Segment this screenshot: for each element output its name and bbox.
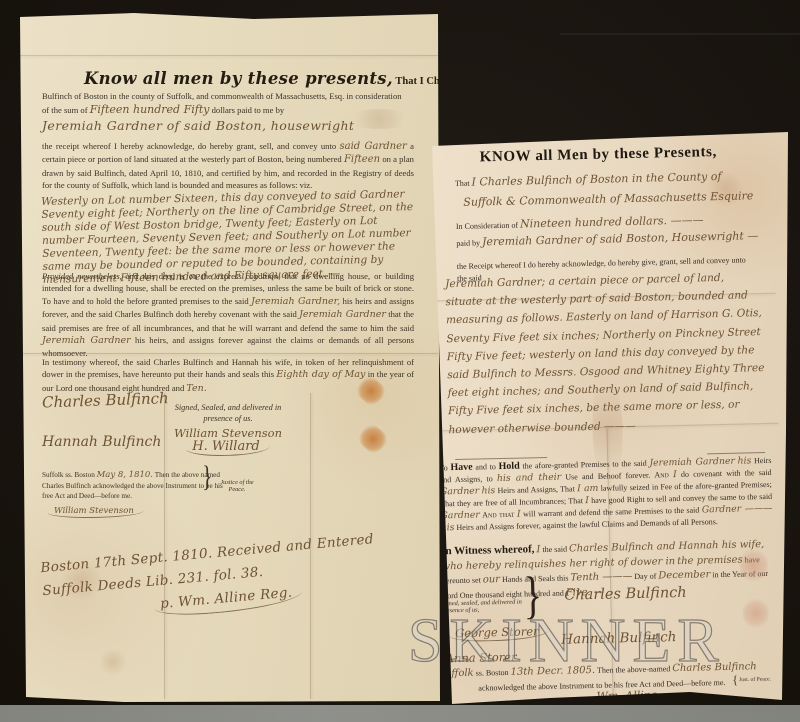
just-of-peace-text: Just. of Peace. [739,676,771,683]
photo-of-two-deeds: Know all men by these presents, That I C… [0,0,800,722]
covenant-printed-1: do covenant with the said [681,468,772,479]
receipt-fill-grantee: said Gardner [339,141,406,152]
left-receipt-paragraph: the receipt whereof I hereby acknowledge… [42,140,414,192]
fold-crease [310,393,311,699]
and-to-label: and to [475,462,496,471]
fold-crease [20,353,438,354]
consideration-label: In Consideration of [456,221,518,231]
seal-remnant-stain [739,549,768,582]
paidby-handwritten: Jeremiah Gardner of said Boston, Housewr… [482,229,759,248]
witness-printed-5: of [650,572,657,581]
warrant-i: I [517,509,521,520]
witness-i: I [536,544,540,555]
background-board-edge [560,33,800,35]
age-stain [60,561,104,601]
receipt-printed-1: the receipt whereof I hereby acknowledge… [42,141,336,151]
covenant-i-am: I am [577,483,599,494]
left-provided-paragraph: Provided nevertheless, and this deed is … [42,270,414,360]
have-his-their: his and their [497,472,561,484]
witness-printed-4: Day [634,572,648,581]
signature-charles-bulfinch-right: Charles Bulfinch [564,583,774,604]
testimony-date-handwritten: Eighth day of May [276,369,365,380]
that-label: That [455,179,470,188]
fold-crease [164,393,165,699]
justice-of-peace-label: Justice of the Peace. [214,479,260,493]
blank-rule [707,452,765,454]
provided-grantee-3: Jeremiah Gardner [42,335,131,346]
covenant-i: I [673,469,677,480]
provided-grantee-1: Jeremiah Gardner, [251,296,340,307]
in-witness-heading: In Witness whereof, [441,543,534,557]
left-deed-heading: Know all men by these presents, That I C… [42,69,456,89]
provided-grantee-2: Jeremiah Gardner [299,309,386,320]
signed-sealed-line2: presence of us. [42,413,414,424]
ack-signature-stevenson: William Stevenson [48,506,414,519]
have-his-1: his [737,455,751,466]
to-label: To [439,463,448,472]
covenant-gardner-1: Gardner [440,486,480,498]
right-that-line: That I Charles Bulfinch of Boston in the… [455,171,722,190]
left-acknowledgment-block: Suffolk ss. Boston May 8, 1810. Then the… [42,470,414,518]
witness-month-december: December [658,569,710,581]
alline-text: Wm. Alline [590,688,667,705]
sum-suffix: dollars paid to me by [212,105,285,115]
signed-sealed-line1: Signed, Sealed, and delivered in [42,402,414,413]
sum-amount-handwritten: Fifteen hundred Fifty [90,103,210,116]
brace-glyph: { [732,673,738,687]
skinner-watermark: SKINNER [408,606,726,677]
covenant-i-2: I [585,495,589,506]
age-stain [98,649,128,675]
hold-bold: Hold [498,461,519,472]
left-heading-rest: That I Charles [393,76,461,87]
fold-crease [20,55,438,56]
consideration-handwritten: Nineteen hundred dollars. ——— [520,213,704,230]
have-printed-1: the afore-granted Premises to the said [522,459,646,471]
ack-signature-alline: Wm. Alline [590,688,667,705]
covenant-printed-2: Heirs and Assigns, That [497,484,574,495]
covenant-his: his [481,485,495,496]
warrant-printed-1: will warrant and defend the same Premise… [523,506,699,519]
ack-date-handwritten: May 8, 1810. [97,470,153,480]
covenant-gardner-2: Gardner [440,510,480,522]
have-grantee: Jeremiah Gardner [649,456,735,469]
and-covenant-label: And [654,470,669,479]
age-stain [344,109,414,129]
seal-remnant-stain [742,599,769,628]
left-deed-document: Know all men by these presents, That I C… [14,13,440,702]
ack-stevenson-text: William Stevenson [48,506,144,519]
provided-lead: Provided nevertheless, [42,271,122,281]
left-heading-script: Know all men by these presents, [84,69,393,88]
right-consideration-line: In Consideration of Nineteen hundred dol… [456,214,704,233]
have-bold: Have [450,462,472,474]
that-handwritten-1: I Charles Bulfinch of Boston in the Coun… [471,170,721,189]
ack-printed-1a: Suffolk ss. Boston [42,471,95,479]
brace-glyph: } [202,472,212,483]
witness-printed-1: the said [542,545,567,555]
warrant-label: And that [482,510,514,520]
right-deed-heading: KNOW all Men by these Presents, [418,143,778,168]
paidby-label: paid by [456,238,480,248]
witness-our: our [483,574,500,585]
just-of-peace-label: {Just. of Peace. [732,676,772,684]
warrant-printed-2: Heirs and Assigns forever, against the l… [456,517,718,532]
receipt-fill-lot: Fifteen [344,154,380,165]
table-surface [0,705,800,722]
right-paidby-line: paid by Jeremiah Gardner of said Boston,… [456,230,758,250]
sum-prefix: of the sum of [42,105,88,115]
warrant-his: his [441,522,455,533]
warrant-gardner: Gardner ——— [702,503,773,516]
left-intro-line: Bulfinch of Boston in the county of Suff… [42,90,414,102]
witness-day-tenth: Tenth ——— [570,571,632,583]
witness-premises: the premises [677,554,743,566]
